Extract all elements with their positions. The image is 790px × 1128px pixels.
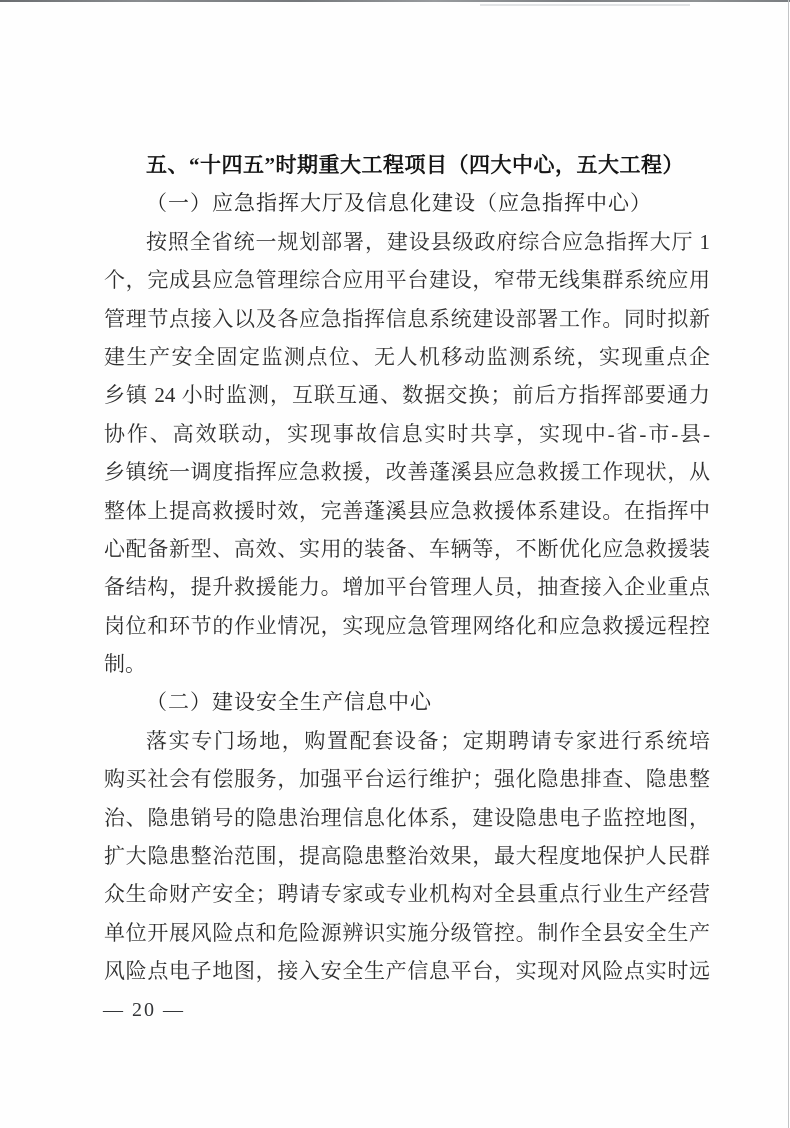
text-line: 扩大隐患整治范围，提高隐患整治效果，最大程度地保护人民群 xyxy=(104,837,710,875)
scan-artifact-right-edge xyxy=(788,0,789,1128)
text-line: 岗位和环节的作业情况，实现应急管理网络化和应急救援远程控 xyxy=(104,607,710,645)
text-line: 众生命财产安全；聘请专家或专业机构对全县重点行业生产经营 xyxy=(104,875,710,913)
text-line: 乡镇统一调度指挥应急救援，改善蓬溪县应急救援工作现状，从 xyxy=(104,453,710,491)
text-line: 乡镇 24 小时监测，互联互通、数据交换；前后方指挥部要通力 xyxy=(104,376,710,414)
text-line: 制。 xyxy=(104,645,710,683)
text-line: 协作、高效联动，实现事故信息实时共享，实现中-省-市-县- xyxy=(104,415,710,453)
text-line: 备结构，提升救援能力。增加平台管理人员，抽查接入企业重点 xyxy=(104,568,710,606)
text-line: 单位开展风险点和危险源辨识实施分级管控。制作全县安全生产 xyxy=(104,914,710,952)
text-line: 整体上提高救援时效，完善蓬溪县应急救援体系建设。在指挥中 xyxy=(104,492,710,530)
scan-artifact-dash xyxy=(480,4,690,6)
text-line: 治、隐患销号的隐患治理信息化体系，建设隐患电子监控地图， xyxy=(104,799,710,837)
text-line: 建生产安全固定监测点位、无人机移动监测系统，实现重点企业、 xyxy=(104,338,710,376)
section-title: （一）应急指挥大厅及信息化建设（应急指挥中心） xyxy=(104,184,710,222)
text-line: 风险点电子地图，接入安全生产信息平台，实现对风险点实时远 xyxy=(104,952,710,990)
section-title: （二）建设安全生产信息中心 xyxy=(104,683,710,721)
document-page: 五、“十四五”时期重大工程项目（四大中心，五大工程）（一）应急指挥大厅及信息化建… xyxy=(0,0,790,1128)
text-line: 落实专门场地，购置配套设备；定期聘请专家进行系统培训； xyxy=(104,722,710,760)
text-line: 心配备新型、高效、实用的装备、车辆等，不断优化应急救援装 xyxy=(104,530,710,568)
document-heading: 五、“十四五”时期重大工程项目（四大中心，五大工程） xyxy=(104,146,710,184)
text-line: 管理节点接入以及各应急指挥信息系统建设部署工作。同时拟新 xyxy=(104,300,710,338)
scan-artifact-top-edge xyxy=(0,0,790,2)
text-line: 按照全省统一规划部署，建设县级政府综合应急指挥大厅 1 xyxy=(104,223,710,261)
page-number: — 20 — xyxy=(103,999,185,1022)
document-content: 五、“十四五”时期重大工程项目（四大中心，五大工程）（一）应急指挥大厅及信息化建… xyxy=(104,146,710,991)
text-line: 购买社会有偿服务，加强平台运行维护；强化隐患排查、隐患整 xyxy=(104,760,710,798)
text-line: 个，完成县应急管理综合应用平台建设，窄带无线集群系统应用 xyxy=(104,261,710,299)
